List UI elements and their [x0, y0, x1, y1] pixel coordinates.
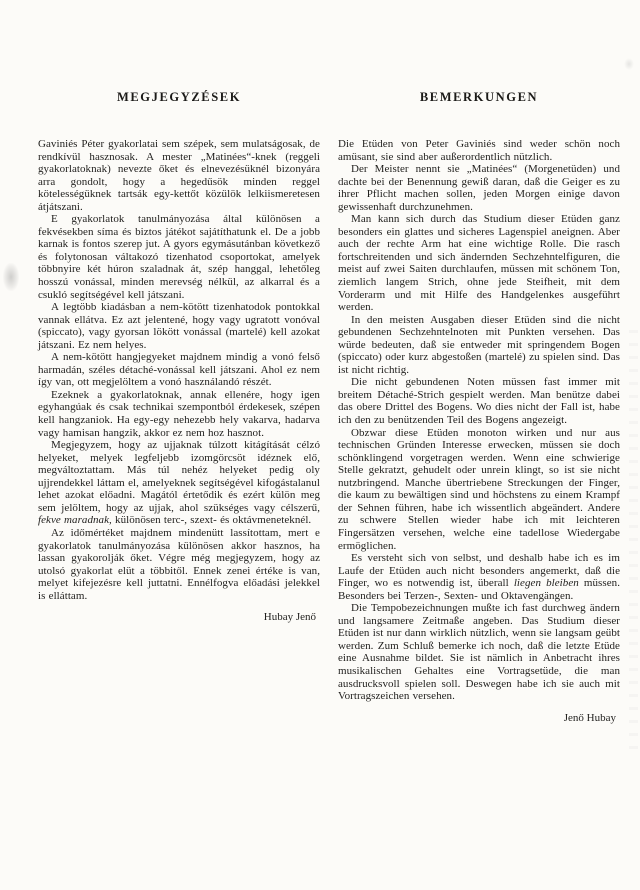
- paragraph: Die Tempobezeichnungen mußte ich fast du…: [338, 602, 620, 702]
- german-author-signature: Jenő Hubay: [338, 712, 620, 724]
- german-paragraphs: Die Etüden von Peter Gaviniés sind weder…: [338, 138, 620, 703]
- paragraph: Die nicht gebundenen Noten müssen fast i…: [338, 376, 620, 426]
- paragraph: Die Etüden von Peter Gaviniés sind weder…: [338, 138, 620, 163]
- paragraph: Es versteht sich von selbst, und deshalb…: [338, 552, 620, 602]
- hungarian-paragraphs: Gaviniés Péter gyakorlatai sem szépek, s…: [38, 138, 320, 602]
- german-column-title: BEMERKUNGEN: [338, 90, 620, 105]
- hungarian-author-signature: Hubay Jenő: [38, 611, 320, 623]
- paragraph: Gaviniés Péter gyakorlatai sem szépek, s…: [38, 138, 320, 213]
- scanned-preface-page: MEGJEGYZÉSEK Gaviniés Péter gyakorlatai …: [0, 0, 640, 890]
- scan-artifact-left-smudge: [3, 263, 19, 291]
- two-column-layout: MEGJEGYZÉSEK Gaviniés Péter gyakorlatai …: [0, 0, 640, 724]
- scan-artifact-right-smudge: [624, 58, 634, 70]
- paragraph: In den meisten Ausgaben dieser Etüden si…: [338, 314, 620, 377]
- paragraph: Der Meister nennt sie „Matinées“ (Morgen…: [338, 163, 620, 213]
- german-notes-column: BEMERKUNGEN Die Etüden von Peter Gavinié…: [338, 90, 620, 724]
- paragraph: E gyakorlatok tanulmányozása által külön…: [38, 213, 320, 301]
- paragraph: A nem-kötött hangjegyeket majdnem mindig…: [38, 351, 320, 389]
- paragraph: Man kann sich durch das Studium dieser E…: [338, 213, 620, 313]
- paragraph: Megjegyzem, hogy az ujjaknak túlzott kit…: [38, 439, 320, 527]
- paragraph: Ezeknek a gyakorlatoknak, annak ellenére…: [38, 389, 320, 439]
- scan-artifact-bleedthrough: [629, 330, 638, 750]
- paragraph: A legtöbb kiadásban a nem-kötött tizenha…: [38, 301, 320, 351]
- paragraph: Obzwar diese Etüden monoton wirken und n…: [338, 427, 620, 552]
- hungarian-column-title: MEGJEGYZÉSEK: [38, 90, 320, 105]
- paragraph: Az időmértéket majdnem mindenütt lassíto…: [38, 527, 320, 602]
- hungarian-notes-column: MEGJEGYZÉSEK Gaviniés Péter gyakorlatai …: [38, 90, 320, 724]
